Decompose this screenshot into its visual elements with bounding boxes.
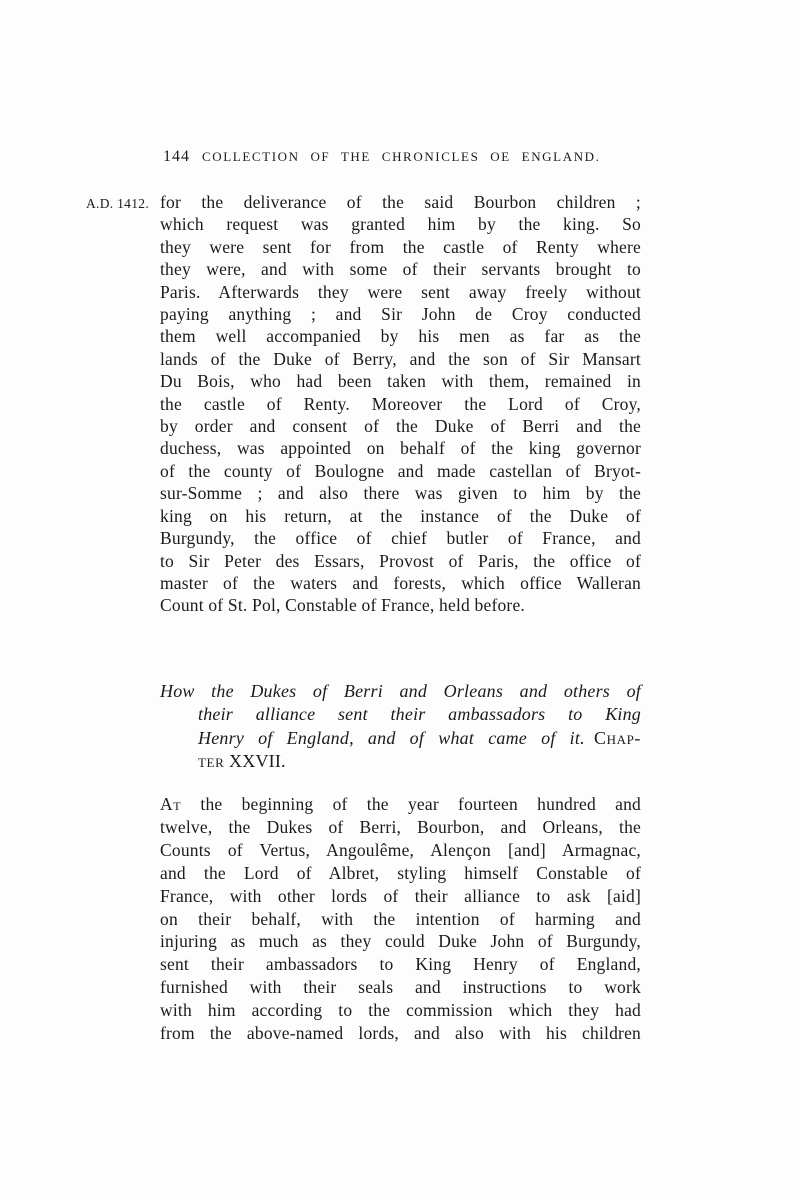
text-line: France, with other lords of their allian… xyxy=(160,885,641,908)
text-segment: Burgundy, the office of chief butler of … xyxy=(160,528,641,548)
text-segment: of the county of Boulogne and made caste… xyxy=(160,461,641,481)
text-segment: Chap- xyxy=(594,728,641,748)
text-line: sur-Somme ; and also there was given to … xyxy=(160,482,641,504)
text-segment xyxy=(585,728,594,748)
text-segment: to Sir Peter des Essars, Provost of Pari… xyxy=(160,551,641,571)
text-segment: France, with other lords of their allian… xyxy=(160,886,641,906)
paragraph-chapter-xxvii: At the beginning of the year fourteen hu… xyxy=(160,793,641,1045)
running-title: COLLECTION OF THE CHRONICLES OE ENGLAND. xyxy=(202,149,601,165)
text-segment: Counts of Vertus, Angoulême, Alençon [an… xyxy=(160,840,641,860)
text-segment: by order and consent of the Duke of Berr… xyxy=(160,416,641,436)
paragraph-bourbon-children: for the deliverance of the said Bourbon … xyxy=(160,191,641,617)
text-line: twelve, the Dukes of Berri, Bourbon, and… xyxy=(160,816,641,839)
text-line: Count of St. Pol, Constable of France, h… xyxy=(160,594,641,616)
margin-date-note: A.D. 1412. xyxy=(86,196,149,212)
text-line: sent their ambassadors to King Henry of … xyxy=(160,953,641,976)
text-segment: Du Bois, who had been taken with them, r… xyxy=(160,371,641,391)
text-segment: for the deliverance of the said Bourbon … xyxy=(160,192,641,212)
text-line: on their behalf, with the intention of h… xyxy=(160,908,641,931)
text-segment: paying anything ; and Sir John de Croy c… xyxy=(160,304,641,324)
text-segment: they were, and with some of their servan… xyxy=(160,259,641,279)
book-page-scan: 144 COLLECTION OF THE CHRONICLES OE ENGL… xyxy=(0,0,801,1201)
text-line: Henry of England, and of what came of it… xyxy=(160,727,641,750)
text-line: for the deliverance of the said Bourbon … xyxy=(160,191,641,213)
text-line: of the county of Boulogne and made caste… xyxy=(160,460,641,482)
text-line: they were, and with some of their servan… xyxy=(160,258,641,280)
text-segment: sur-Somme ; and also there was given to … xyxy=(160,483,641,503)
text-segment: them well accompanied by his men as far … xyxy=(160,326,641,346)
text-line: ter XXVII. xyxy=(160,750,641,773)
text-segment: and the Lord of Albret, styling himself … xyxy=(160,863,641,883)
text-line: they were sent for from the castle of Re… xyxy=(160,236,641,258)
text-line: lands of the Duke of Berry, and the son … xyxy=(160,348,641,370)
text-segment: injuring as much as they could Duke John… xyxy=(160,931,641,951)
text-segment: which request was granted him by the kin… xyxy=(160,214,641,234)
text-segment: from the above-named lords, and also wit… xyxy=(160,1023,641,1043)
text-line: Burgundy, the office of chief butler of … xyxy=(160,527,641,549)
text-segment: XXVII. xyxy=(224,751,285,771)
text-line: which request was granted him by the kin… xyxy=(160,213,641,235)
text-segment: Count of St. Pol, Constable of France, h… xyxy=(160,595,525,615)
text-segment: master of the waters and forests, which … xyxy=(160,573,641,593)
text-segment: on their behalf, with the intention of h… xyxy=(160,909,641,929)
text-line: their alliance sent their ambassadors to… xyxy=(160,703,641,726)
text-segment: Paris. Afterwards they were sent away fr… xyxy=(160,282,641,302)
text-line: Counts of Vertus, Angoulême, Alençon [an… xyxy=(160,839,641,862)
text-line: How the Dukes of Berri and Orleans and o… xyxy=(160,680,641,703)
text-line: the castle of Renty. Moreover the Lord o… xyxy=(160,393,641,415)
text-segment: At xyxy=(160,794,181,814)
text-line: to Sir Peter des Essars, Provost of Pari… xyxy=(160,550,641,572)
chapter-heading: How the Dukes of Berri and Orleans and o… xyxy=(160,680,641,773)
text-line: from the above-named lords, and also wit… xyxy=(160,1022,641,1045)
text-segment: lands of the Duke of Berry, and the son … xyxy=(160,349,641,369)
text-segment: sent their ambassadors to King Henry of … xyxy=(160,954,641,974)
text-segment: king on his return, at the instance of t… xyxy=(160,506,641,526)
text-line: with him according to the commission whi… xyxy=(160,999,641,1022)
text-segment: duchess, was appointed on behalf of the … xyxy=(160,438,641,458)
page-number: 144 xyxy=(163,148,190,166)
text-line: furnished with their seals and instructi… xyxy=(160,976,641,999)
text-segment: the beginning of the year fourteen hundr… xyxy=(181,794,641,814)
text-line: them well accompanied by his men as far … xyxy=(160,325,641,347)
text-line: paying anything ; and Sir John de Croy c… xyxy=(160,303,641,325)
running-head: 144 COLLECTION OF THE CHRONICLES OE ENGL… xyxy=(163,148,601,166)
text-line: master of the waters and forests, which … xyxy=(160,572,641,594)
text-line: At the beginning of the year fourteen hu… xyxy=(160,793,641,816)
text-line: Paris. Afterwards they were sent away fr… xyxy=(160,281,641,303)
text-line: king on his return, at the instance of t… xyxy=(160,505,641,527)
text-segment: ter xyxy=(198,751,224,771)
text-line: injuring as much as they could Duke John… xyxy=(160,930,641,953)
text-segment: furnished with their seals and instructi… xyxy=(160,977,641,997)
text-segment: they were sent for from the castle of Re… xyxy=(160,237,641,257)
text-segment: Henry of England, and of what came of it… xyxy=(198,728,585,748)
text-segment: How the Dukes of Berri and Orleans and o… xyxy=(160,681,641,701)
text-line: by order and consent of the Duke of Berr… xyxy=(160,415,641,437)
text-line: Du Bois, who had been taken with them, r… xyxy=(160,370,641,392)
text-segment: with him according to the commission whi… xyxy=(160,1000,641,1020)
text-line: and the Lord of Albret, styling himself … xyxy=(160,862,641,885)
text-segment: twelve, the Dukes of Berri, Bourbon, and… xyxy=(160,817,641,837)
text-segment: their alliance sent their ambassadors to… xyxy=(198,704,641,724)
text-segment: the castle of Renty. Moreover the Lord o… xyxy=(160,394,641,414)
text-line: duchess, was appointed on behalf of the … xyxy=(160,437,641,459)
